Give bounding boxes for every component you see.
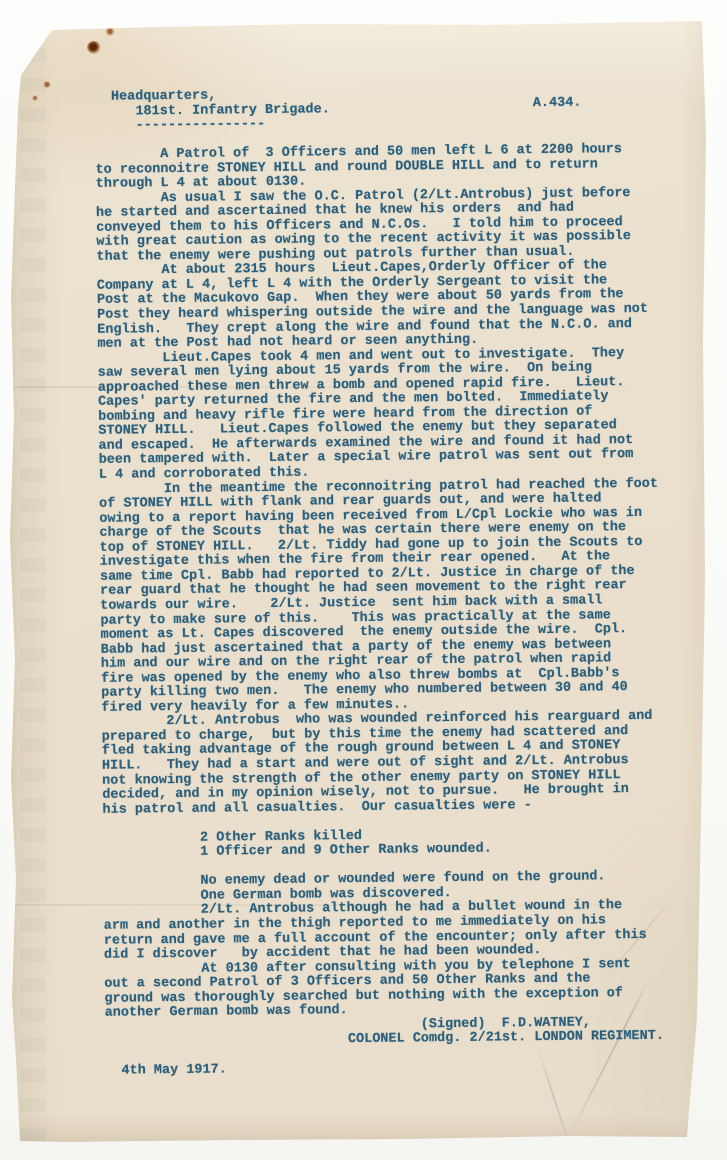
document-page: Headquarters, 181st. Infantry Brigade. -… <box>8 18 708 1144</box>
letterhead: Headquarters, 181st. Infantry Brigade. -… <box>95 88 330 134</box>
scan-background: Headquarters, 181st. Infantry Brigade. -… <box>0 0 727 1160</box>
reference-number: A.434. <box>533 97 582 112</box>
typewritten-text: Headquarters, 181st. Infantry Brigade. -… <box>2 14 714 1148</box>
letter-body: A Patrol of 3 Officers and 50 men left L… <box>95 143 664 1080</box>
